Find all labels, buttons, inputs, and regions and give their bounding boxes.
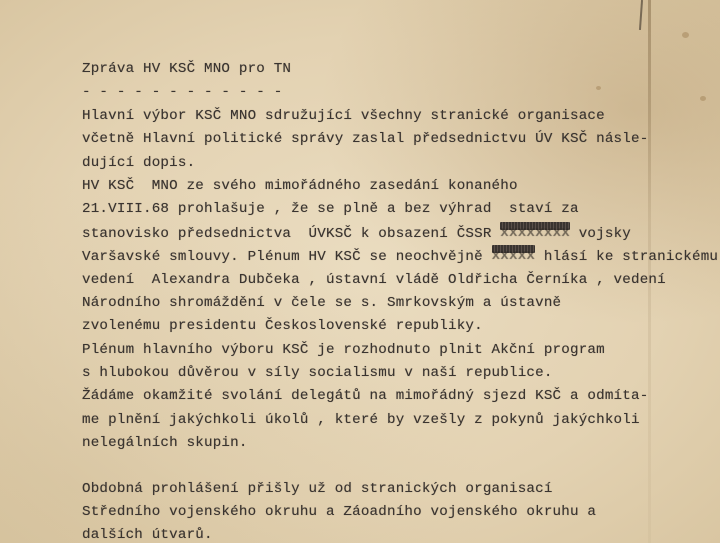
text-line: dující dopis. [82, 152, 712, 175]
text-line: Středního vojenského okruhu a Záoadního … [82, 501, 712, 524]
paper-tear-mark [639, 0, 643, 30]
text-line: s hlubokou důvěrou v síly socialismu v n… [82, 362, 712, 385]
text-segment: hlásí ke stranickému [535, 249, 718, 265]
text-line: Žádáme okamžité svolání delegátů na mimo… [82, 385, 712, 408]
struck-out-text: xxxxx [492, 245, 536, 253]
typewritten-document: Zpráva HV KSČ MNO pro TN - - - - - - - -… [82, 58, 712, 543]
text-segment: Varšavské smlouvy. Plénum HV KSČ se neoc… [82, 249, 492, 265]
text-line: vedení Alexandra Dubčeka , ústavní vládě… [82, 269, 712, 292]
text-line: nelegálních skupin. [82, 432, 712, 455]
text-segment: stanovisko předsednictva ÚVKSČ k obsazen… [82, 226, 500, 242]
text-segment: vojsky [570, 226, 631, 242]
text-line: včetně Hlavní politické správy zaslal př… [82, 128, 712, 151]
text-line: 21.VIII.68 prohlašuje , že se plně a bez… [82, 198, 712, 221]
text-line: Hlavní výbor KSČ MNO sdružující všechny … [82, 105, 712, 128]
title-underline: - - - - - - - - - - - - [82, 81, 712, 104]
text-line: Varšavské smlouvy. Plénum HV KSČ se neoc… [82, 245, 712, 268]
text-line: Národního shromáždění v čele se s. Smrko… [82, 292, 712, 315]
text-line: HV KSČ MNO ze svého mimořádného zasedání… [82, 175, 712, 198]
struck-out-text: xxxxxxxx [500, 222, 570, 230]
document-title: Zpráva HV KSČ MNO pro TN [82, 58, 712, 81]
paragraph-gap [82, 456, 712, 478]
text-line: stanovisko předsednictva ÚVKSČ k obsazen… [82, 222, 712, 245]
text-line: zvolenému presidentu Československé repu… [82, 315, 712, 338]
paper-stain [682, 32, 689, 38]
text-line: me plnění jakýchkoli úkolů , které by vz… [82, 409, 712, 432]
text-line: Plénum hlavního výboru KSČ je rozhodnuto… [82, 339, 712, 362]
text-line: Obdobná prohlášení přišly už od stranick… [82, 478, 712, 501]
text-line: dalších útvarů. [82, 524, 712, 543]
